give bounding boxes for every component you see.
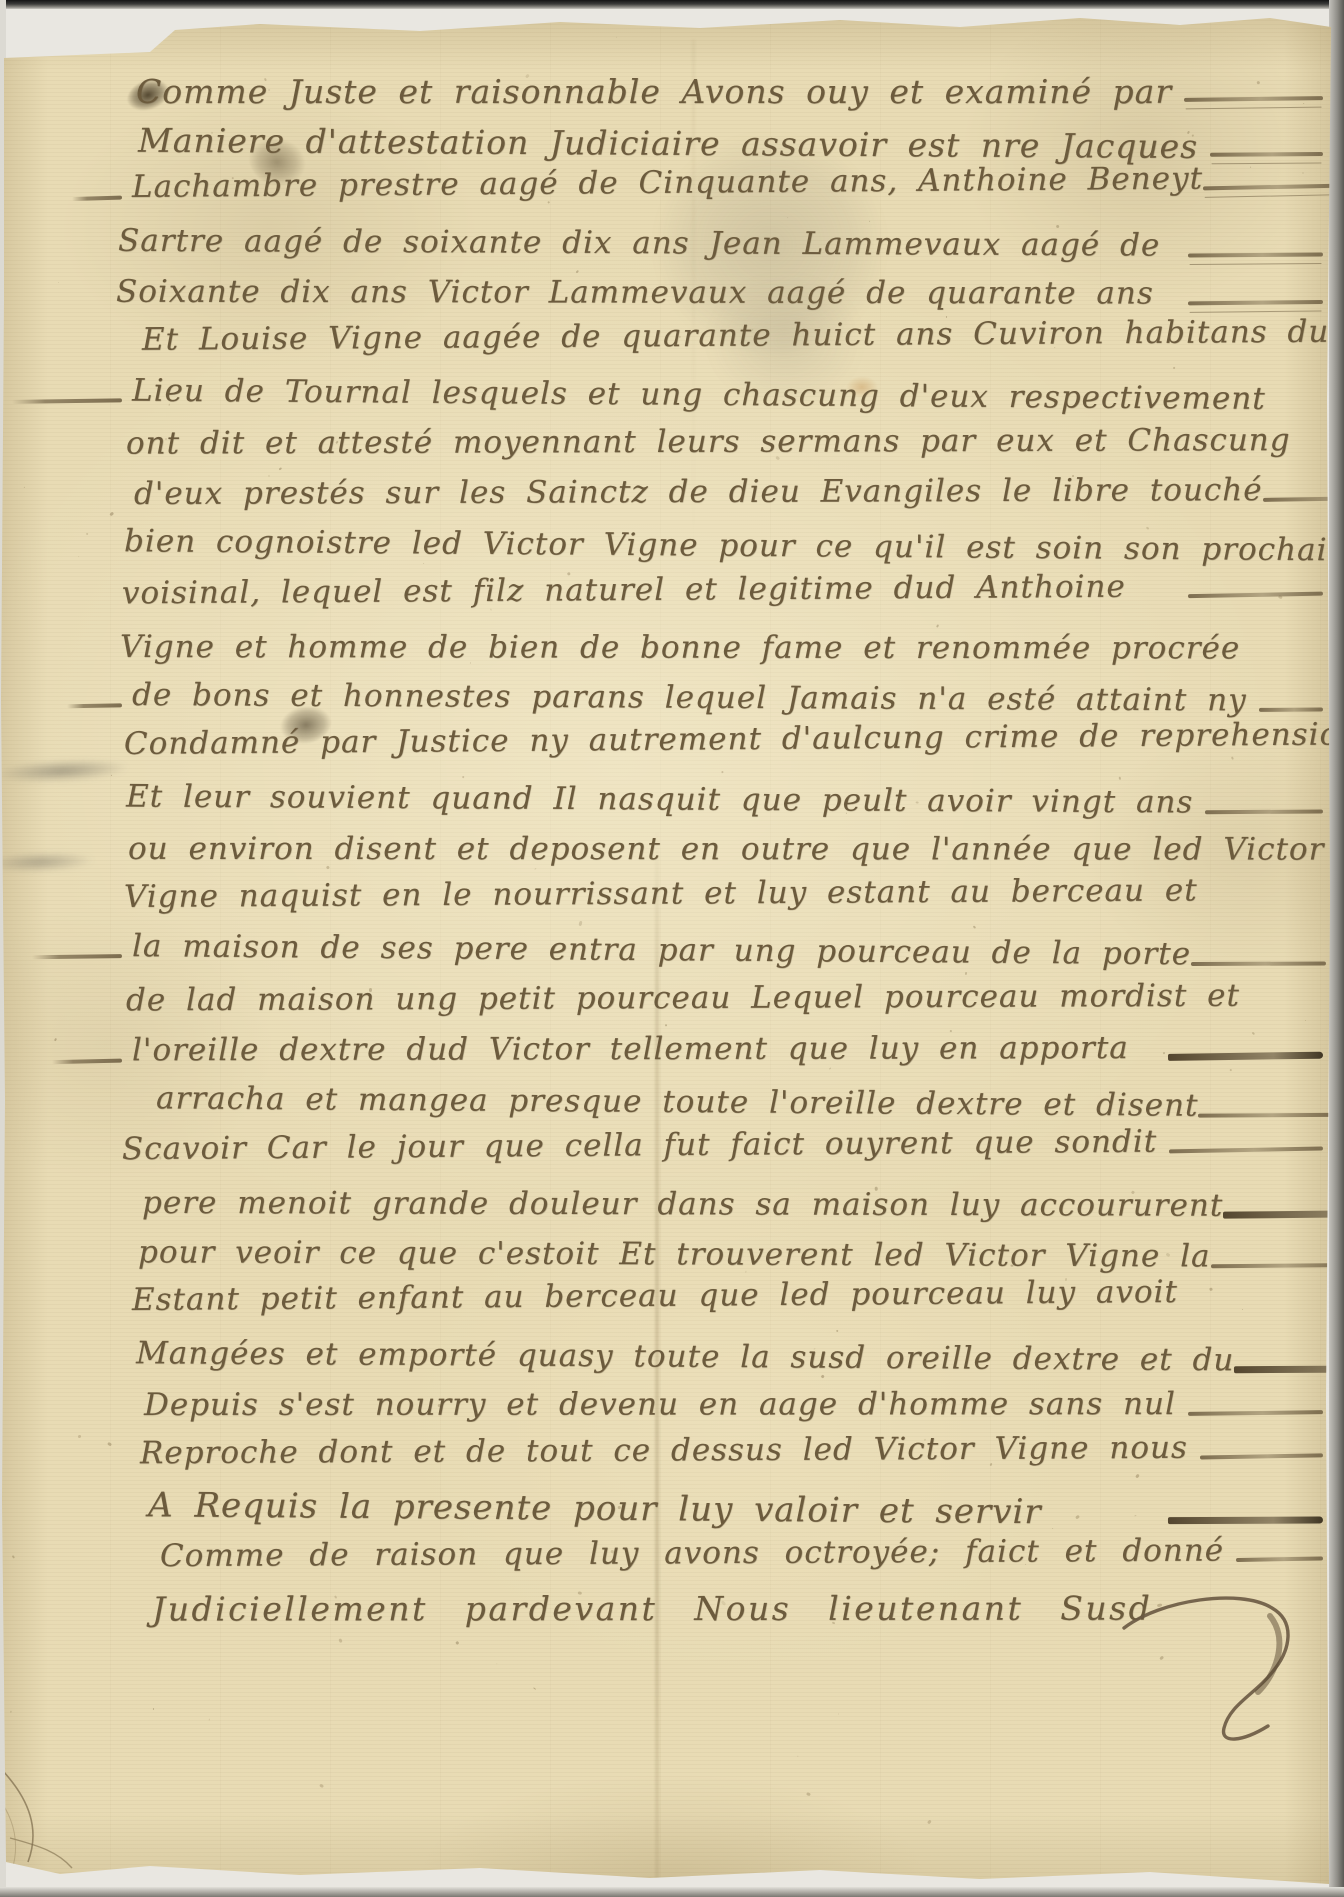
manuscript-line-text: Mangées et emporté quasy toute la susd o… <box>136 1335 1235 1393</box>
manuscript-line: Scavoir Car le jour que cella fut faict … <box>122 1123 1325 1182</box>
manuscript-line: pere menoit grande douleur dans sa maiso… <box>142 1185 1325 1239</box>
line-filler-stroke <box>1191 962 1326 967</box>
manuscript-line: Estant petit enfant au berceau que led p… <box>132 1273 1325 1333</box>
manuscript-line: Vigne naquist en le nourrissant et luy e… <box>124 871 1325 929</box>
line-filler-stroke <box>1188 300 1323 305</box>
manuscript-line: Mangées et emporté quasy toute la susd o… <box>136 1335 1325 1393</box>
line-filler-stroke <box>1168 1052 1323 1061</box>
manuscript-line-text: Condamné par Justice ny autrement d'aulc… <box>124 716 1344 776</box>
manuscript-line: Et leur souvient quand Il nasquit que pe… <box>126 779 1325 836</box>
manuscript-line: Comme Juste et raisonnable Avons ouy et … <box>136 72 1325 123</box>
line-filler-stroke <box>1236 1557 1323 1563</box>
corner-crease-marks <box>0 1740 110 1890</box>
manuscript-line-text: Scavoir Car le jour que cella fut faict … <box>122 1124 1158 1182</box>
lead-stroke <box>52 1059 122 1065</box>
manuscript-line-text: Et leur souvient quand Il nasquit que pe… <box>126 779 1194 836</box>
manuscript-line: Comme de raison que luy avons octroyée; … <box>160 1532 1325 1589</box>
manuscript-line: ont dit et attesté moyennant leurs serma… <box>126 422 1325 476</box>
line-filler-stroke <box>1184 96 1323 102</box>
lead-stroke <box>72 196 122 201</box>
manuscript-line: de lad maison ung petit pourceau Lequel … <box>126 977 1325 1033</box>
manuscript-line: Condamné par Justice ny autrement d'aulc… <box>124 716 1325 776</box>
line-filler-stroke <box>1205 810 1323 815</box>
manuscript-line-text: Estant petit enfant au berceau que led p… <box>132 1274 1178 1333</box>
manuscript-line-text: Comme de raison que luy avons octroyée; … <box>160 1533 1224 1589</box>
manuscript-line-text: l'oreille dextre dud Victor tellement qu… <box>132 1030 1129 1083</box>
manuscript-line: Sartre aagé de soixante dix ans Jean Lam… <box>118 223 1325 279</box>
line-filler-stroke <box>1203 184 1338 191</box>
lead-stroke <box>32 954 122 959</box>
manuscript-text-block: Comme Juste et raisonnable Avons ouy et … <box>112 70 1325 1638</box>
line-filler-stroke <box>1200 1453 1323 1459</box>
scanner-bottom-edge <box>0 1887 1344 1897</box>
line-filler-stroke <box>1188 252 1323 257</box>
manuscript-line: d'eux prestés sur les Sainctz de dieu Ev… <box>134 472 1325 527</box>
manuscript-line-text: pere menoit grande douleur dans sa maiso… <box>142 1185 1223 1238</box>
manuscript-line-text: Vigne et homme de bien de bonne fame et … <box>120 629 1240 681</box>
line-filler-stroke <box>1223 1210 1344 1218</box>
scanner-right-edge <box>1329 0 1344 1897</box>
manuscript-line: Reproche dont et de tout ce dessus led V… <box>140 1429 1325 1486</box>
margin-smudge <box>0 756 129 785</box>
manuscript-line: Lachambre prestre aagé de Cinquante ans,… <box>120 160 1325 220</box>
manuscript-line-text: Lachambre prestre aagé de Cinquante ans,… <box>132 161 1203 220</box>
line-filler-stroke <box>1198 1113 1333 1118</box>
manuscript-line-text: Vigne naquist en le nourrissant et luy e… <box>124 872 1198 929</box>
manuscript-line: Vigne et homme de bien de bonne fame et … <box>120 629 1325 681</box>
line-filler-stroke <box>1188 1411 1323 1417</box>
manuscript-line: Et Louise Vigne aagée de quarante huict … <box>142 314 1325 373</box>
line-filler-stroke <box>1210 152 1323 157</box>
manuscript-line-text: de lad maison ung petit pourceau Lequel … <box>126 977 1240 1032</box>
line-filler-stroke <box>1169 1147 1323 1154</box>
manuscript-line-text: ont dit et attesté moyennant leurs serma… <box>126 422 1291 476</box>
margin-smudge <box>0 850 94 874</box>
lead-stroke <box>67 704 122 709</box>
scanner-top-edge <box>0 0 1344 9</box>
manuscript-line: voisinal, lequel est filz naturel et leg… <box>122 567 1325 626</box>
manuscript-line: l'oreille dextre dud Victor tellement qu… <box>132 1030 1325 1083</box>
line-filler-stroke <box>1234 1365 1344 1373</box>
manuscript-line: Judiciellement pardevant Nous lieutenant… <box>152 1588 1325 1640</box>
manuscript-line-text: Et Louise Vigne aagée de quarante huict … <box>142 314 1330 373</box>
manuscript-line-text: Sartre aagé de soixante dix ans Jean Lam… <box>118 223 1160 278</box>
line-filler-stroke <box>1210 1263 1344 1268</box>
manuscript-line-text: Judiciellement pardevant Nous lieutenant… <box>152 1588 1152 1639</box>
line-filler-stroke <box>1259 708 1323 712</box>
manuscript-line-text: Reproche dont et de tout ce dessus led V… <box>140 1430 1188 1486</box>
lead-stroke <box>12 398 122 403</box>
manuscript-line-text: Comme Juste et raisonnable Avons ouy et … <box>136 72 1172 123</box>
manuscript-page: Comme Juste et raisonnable Avons ouy et … <box>0 0 1344 1897</box>
line-filler-stroke <box>1188 592 1323 599</box>
manuscript-scan: Comme Juste et raisonnable Avons ouy et … <box>0 0 1344 1897</box>
line-filler-stroke <box>1168 1516 1323 1524</box>
manuscript-line-text: voisinal, lequel est filz naturel et leg… <box>122 569 1126 626</box>
manuscript-line-text: d'eux prestés sur les Sainctz de dieu Ev… <box>134 472 1263 527</box>
